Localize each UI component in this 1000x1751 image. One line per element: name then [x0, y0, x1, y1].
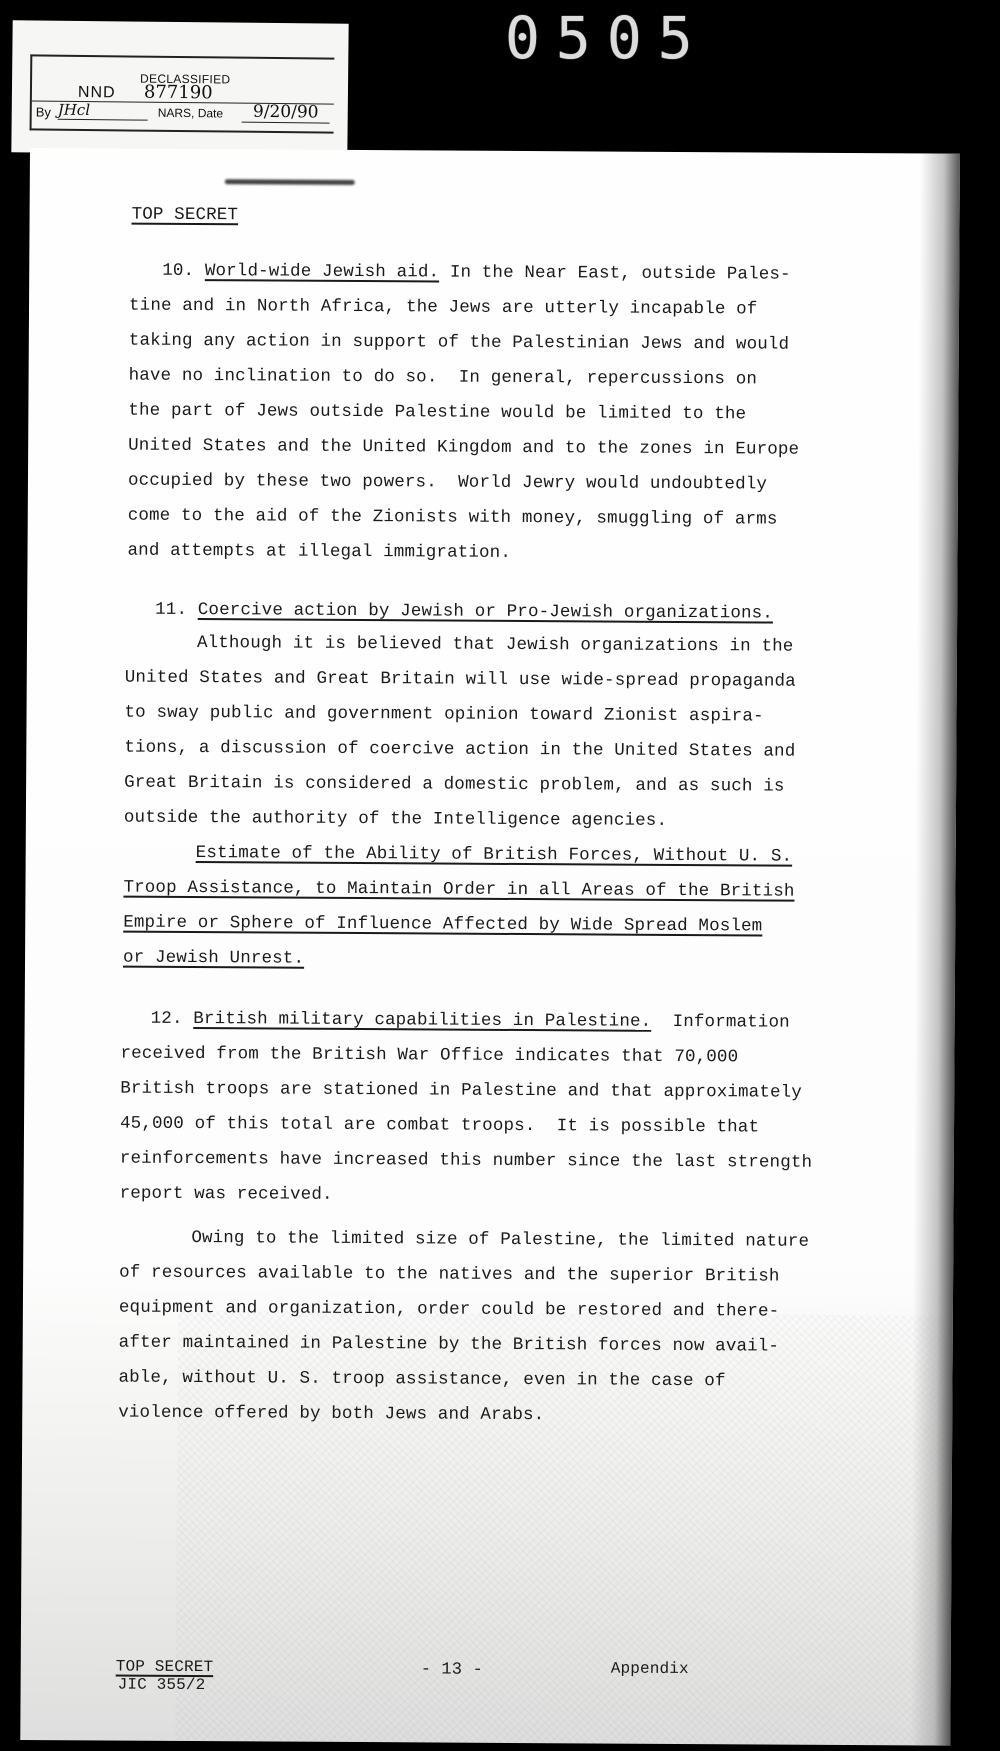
declassification-stamp: DECLASSIFIED NND 877190 By JHcl NARS, Da…	[11, 20, 348, 156]
paragraph-11-line-5: tions, a discussion of coercive action i…	[124, 738, 795, 762]
ink-smudge	[225, 179, 355, 185]
paragraph-11-line-3: United States and Great Britain will use…	[125, 668, 796, 692]
stamp-date: 9/20/90	[242, 102, 330, 124]
paragraph-12-line-6: report was received.	[120, 1184, 333, 1205]
paragraph-10-line-5: the part of Jews outside Palestine would…	[128, 401, 746, 425]
estimate-subheading-line-2: Troop Assistance, to Maintain Order in a…	[123, 878, 794, 902]
owing-paragraph-line-6: violence offered by both Jews and Arabs.	[118, 1403, 544, 1426]
paragraph-12-line-4: 45,000 of this total are combat troops. …	[120, 1114, 759, 1138]
paragraph-11-line-4: to sway public and government opinion to…	[124, 703, 763, 727]
footer-classification: TOP SECRET	[116, 1658, 214, 1677]
paragraph-11-line-6: Great Britain is considered a domestic p…	[124, 773, 785, 797]
paragraph-heading: British military capabilities in Palesti…	[193, 1009, 651, 1032]
paragraph-number: 11.	[155, 600, 198, 620]
paragraph-number: 10.	[162, 261, 205, 281]
paragraph-12-line-5: reinforcements have increased this numbe…	[120, 1149, 812, 1173]
frame-number: 0505	[505, 4, 709, 72]
paragraph-12-line-3: British troops are stationed in Palestin…	[120, 1079, 802, 1103]
paragraph-text: In the Near East, outside Pales-	[439, 263, 791, 285]
paragraph-number: 12.	[151, 1009, 194, 1029]
paragraph-11-line-2: Although it is believed that Jewish orga…	[197, 633, 794, 657]
paragraph-10-line-2: tine and in North Africa, the Jews are u…	[129, 296, 758, 320]
stamp-signature: JHcl	[58, 101, 148, 121]
stamp-box: DECLASSIFIED NND 877190 By JHcl NARS, Da…	[30, 54, 335, 133]
paragraph-10-line-9: and attempts at illegal immigration.	[127, 541, 511, 563]
paragraph-text: Information	[651, 1012, 790, 1033]
paragraph-10-line-7: occupied by these two powers. World Jewr…	[128, 471, 767, 495]
owing-paragraph-line-4: after maintained in Palestine by the Bri…	[119, 1333, 780, 1357]
owing-paragraph-line-3: equipment and organization, order could …	[119, 1298, 780, 1322]
classification-header: TOP SECRET	[132, 205, 239, 226]
document-page: TOP SECRET 10. World-wide Jewish aid. In…	[20, 148, 960, 1746]
paragraph-10-line-8: come to the aid of the Zionists with mon…	[128, 506, 778, 530]
paragraph-11-line-7: outside the authority of the Intelligenc…	[124, 808, 667, 831]
paragraph-10-line-6: United States and the United Kingdom and…	[128, 436, 799, 460]
owing-paragraph-line-5: able, without U. S. troop assistance, ev…	[118, 1368, 725, 1392]
estimate-subheading-line-1: Estimate of the Ability of British Force…	[196, 843, 793, 867]
stamp-by-label: By	[36, 104, 51, 119]
estimate-subheading-line-4: or Jewish Unrest.	[123, 948, 304, 969]
paragraph-12-line-2: received from the British War Office ind…	[120, 1044, 738, 1068]
paragraph-10-line-4: have no inclination to do so. In general…	[129, 366, 758, 390]
owing-paragraph-line-2: of resources available to the natives an…	[119, 1263, 780, 1287]
paragraph-heading: World-wide Jewish aid.	[205, 261, 439, 282]
stamp-nnd-label: NND	[78, 84, 116, 102]
paragraph-10-line-1: 10. World-wide Jewish aid. In the Near E…	[162, 261, 791, 285]
paragraph-12-line-1: 12. British military capabilities in Pal…	[151, 1009, 790, 1033]
footer-document-id: JIC 355/2	[118, 1676, 206, 1695]
estimate-subheading-line-3: Empire or Sphere of Influence Affected b…	[123, 913, 762, 937]
stamp-nars-date-label: NARS, Date	[158, 106, 224, 121]
stamp-nnd-number: 877190	[144, 82, 213, 104]
appendix-label: Appendix	[611, 1660, 689, 1678]
document-body: TOP SECRET 10. World-wide Jewish aid. In…	[30, 148, 960, 154]
paragraph-10-line-3: taking any action in support of the Pale…	[129, 331, 790, 355]
owing-paragraph-line-1: Owing to the limited size of Palestine, …	[191, 1228, 809, 1252]
paragraph-heading: Coercive action by Jewish or Pro-Jewish …	[198, 600, 773, 624]
page-number: - 13 -	[421, 1660, 483, 1679]
paragraph-11-line-1: 11. Coercive action by Jewish or Pro-Jew…	[155, 600, 773, 624]
